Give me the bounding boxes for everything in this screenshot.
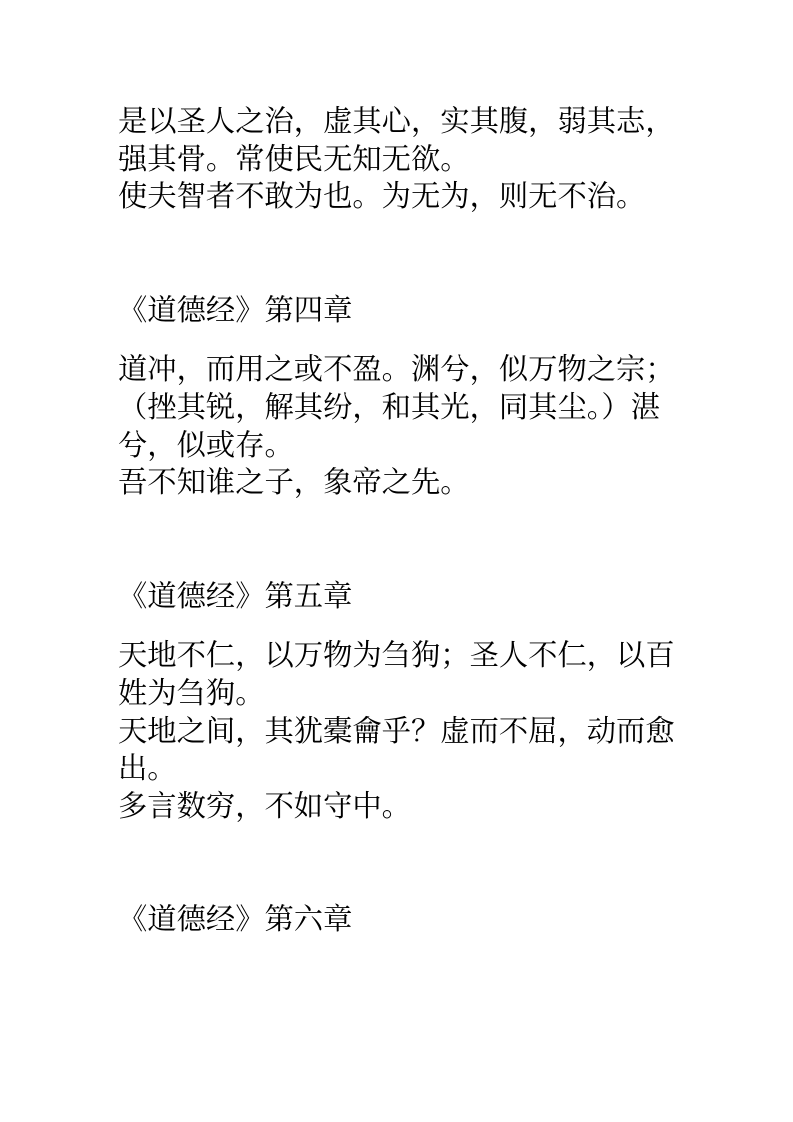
document-page: 是以圣人之治，虚其心，实其腹，弱其志， 强其骨。常使民无知无欲。 使夫智者不敢为…	[0, 0, 793, 1122]
text-line: 姓为刍狗。	[118, 676, 683, 714]
text-line: 强其骨。常使民无知无欲。	[118, 142, 683, 180]
text-line: 兮，似或存。	[118, 428, 683, 466]
text-line: 使夫智者不敢为也。为无为，则无不治。	[118, 179, 683, 217]
text-line: 出。	[118, 751, 683, 789]
text-line: （挫其锐，解其纷，和其光，同其尘。）湛	[118, 390, 683, 428]
text-line: 天地之间，其犹橐龠乎？虚而不屈，动而愈	[118, 714, 683, 752]
chapter-heading: 《道德经》第四章	[118, 293, 683, 331]
text-line: 道冲，而用之或不盈。渊兮，似万物之宗；	[118, 352, 683, 390]
paragraph: 使夫智者不敢为也。为无为，则无不治。	[118, 179, 683, 217]
text-line: 吾不知谁之子，象帝之先。	[118, 465, 683, 503]
chapter-heading: 《道德经》第六章	[118, 902, 683, 940]
paragraph: 道冲，而用之或不盈。渊兮，似万物之宗； （挫其锐，解其纷，和其光，同其尘。）湛 …	[118, 352, 683, 465]
paragraph: 天地之间，其犹橐龠乎？虚而不屈，动而愈 出。	[118, 714, 683, 789]
text-line: 多言数穷，不如守中。	[118, 789, 683, 827]
paragraph: 是以圣人之治，虚其心，实其腹，弱其志， 强其骨。常使民无知无欲。	[118, 104, 683, 179]
chapter-heading-text: 《道德经》第六章	[118, 902, 683, 940]
paragraph: 天地不仁，以万物为刍狗；圣人不仁，以百 姓为刍狗。	[118, 638, 683, 713]
chapter-heading-text: 《道德经》第五章	[118, 579, 683, 617]
document-body: 是以圣人之治，虚其心，实其腹，弱其志， 强其骨。常使民无知无欲。 使夫智者不敢为…	[0, 0, 793, 940]
paragraph: 吾不知谁之子，象帝之先。	[118, 465, 683, 503]
chapter-heading-text: 《道德经》第四章	[118, 293, 683, 331]
chapter-heading: 《道德经》第五章	[118, 579, 683, 617]
paragraph: 多言数穷，不如守中。	[118, 789, 683, 827]
text-line: 是以圣人之治，虚其心，实其腹，弱其志，	[118, 104, 683, 142]
text-line: 天地不仁，以万物为刍狗；圣人不仁，以百	[118, 638, 683, 676]
